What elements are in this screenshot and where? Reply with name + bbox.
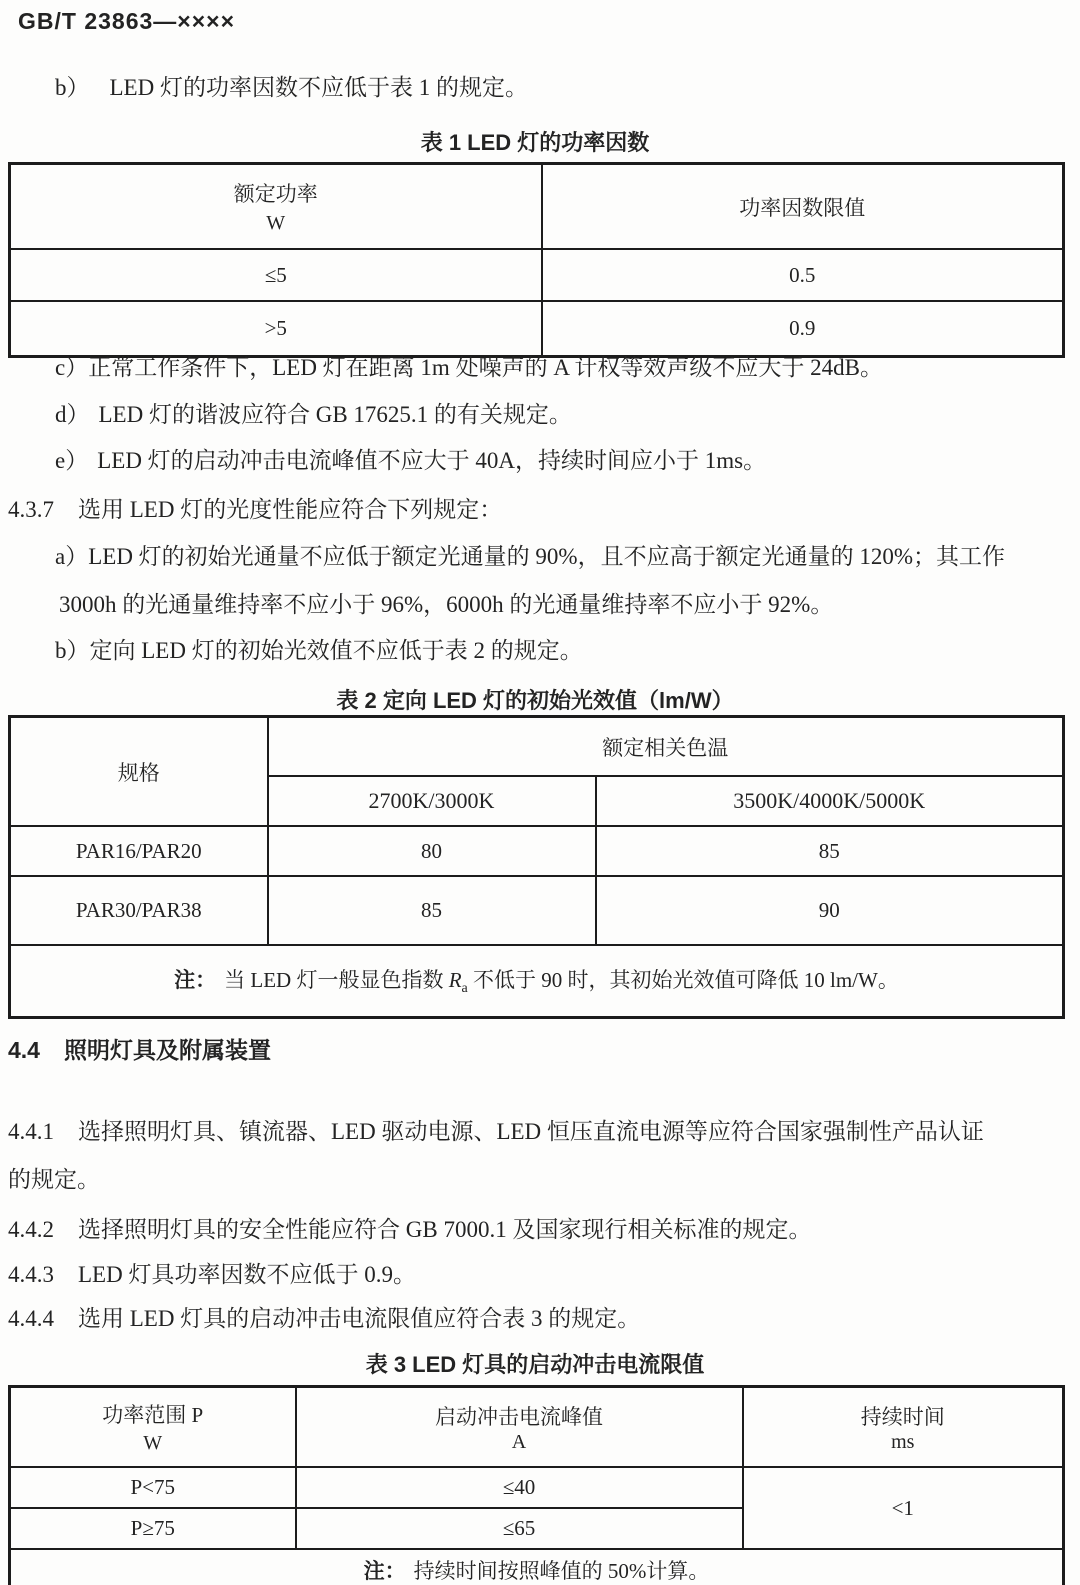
table-cell-header: 规格 xyxy=(10,717,268,827)
clause-4-4-1-line1: 4.4.1选择照明灯具、镇流器、LED 驱动电源、LED 恒压直流电源等应符合国… xyxy=(8,1118,984,1147)
cct-column-label: 3500K/4000K/5000K xyxy=(733,788,925,813)
item-text: LED 灯的功率因数不应低于表 1 的规定。 xyxy=(110,75,528,100)
table-cell: 85 xyxy=(268,876,596,945)
clause-text: 选用 LED 灯具的启动冲击电流限值应符合表 3 的规定。 xyxy=(78,1306,640,1331)
table-cell-header: 额定功率 W xyxy=(10,164,542,250)
document-page: GB/T 23863—×××× b）LED 灯的功率因数不应低于表 1 的规定。… xyxy=(0,0,1080,1585)
clause-4-3-7: 4.3.7选用 LED 灯的光度性能应符合下列规定： xyxy=(8,496,502,525)
cell-value: 0.5 xyxy=(789,263,815,287)
table-cell-header: 持续时间 ms xyxy=(743,1387,1064,1468)
cell-value: <1 xyxy=(892,1496,914,1520)
table-cell-header: 2700K/3000K xyxy=(268,776,596,826)
table-cell-header: 启动冲击电流峰值 A xyxy=(296,1387,743,1468)
clause-text: 的规定。 xyxy=(8,1167,100,1192)
note-text-part2: 不低于 90 时，其初始光效值可降低 10 lm/W。 xyxy=(468,968,899,992)
cell-value: 90 xyxy=(819,898,840,922)
table3-inrush-header: 启动冲击电流峰值 xyxy=(435,1401,603,1431)
item-text: LED 灯的初始光通量不应低于额定光通量的 90%，且不应高于额定光通量的 12… xyxy=(88,544,1005,569)
table-row: ≤5 0.5 xyxy=(10,249,1064,301)
section-4-4-heading: 4.4照明灯具及附属装置 xyxy=(8,1036,271,1065)
table-row: >5 0.9 xyxy=(10,301,1064,357)
clause-text: 选择照明灯具的安全性能应符合 GB 7000.1 及国家现行相关标准的规定。 xyxy=(78,1217,811,1242)
clause-4-3-7-a-line2: 3000h 的光通量维持率不应小于 96%，6000h 的光通量维持率不应小于 … xyxy=(59,591,833,620)
table-3-caption: 表 3 LED 灯具的启动冲击电流限值 xyxy=(8,1348,1062,1379)
table-cell-header: 额定相关色温 xyxy=(268,717,1064,777)
item-text: 正常工作条件下，LED 灯在距离 1m 处噪声的 A 计权等效声级不应大于 24… xyxy=(88,355,883,380)
item-label: b） xyxy=(55,74,90,103)
table-3: 功率范围 P W 启动冲击电流峰值 A 持续时间 ms P<75 ≤40 <1 xyxy=(8,1385,1065,1585)
table1-pf-header: 功率因数限值 xyxy=(739,196,865,220)
note-symbol-R: R xyxy=(449,968,462,992)
table-cell: 90 xyxy=(596,876,1064,945)
table-cell: ≤40 xyxy=(296,1467,743,1508)
cell-value: 85 xyxy=(421,898,442,922)
item-label: a） xyxy=(55,543,88,572)
table-cell: PAR30/PAR38 xyxy=(10,876,268,945)
table-cell: >5 xyxy=(10,301,542,357)
table-row: P<75 ≤40 <1 xyxy=(10,1467,1064,1508)
table-cell: ≤65 xyxy=(296,1508,743,1549)
cell-value: PAR30/PAR38 xyxy=(76,898,202,922)
table2-cct-header: 额定相关色温 xyxy=(602,736,728,760)
table-cell: PAR16/PAR20 xyxy=(10,826,268,876)
paragraph-item-c: c）正常工作条件下，LED 灯在距离 1m 处噪声的 A 计权等效声级不应大于 … xyxy=(55,354,883,383)
cell-value: ≤65 xyxy=(503,1516,536,1540)
table3-power-unit: W xyxy=(143,1432,162,1455)
table-cell-header: 功率因数限值 xyxy=(542,164,1064,250)
paragraph-item-d: d）LED 灯的谐波应符合 GB 17625.1 的有关规定。 xyxy=(55,401,572,430)
table-cell: 80 xyxy=(268,826,596,876)
cell-value: ≤5 xyxy=(265,263,287,287)
clause-4-4-1-line2: 的规定。 xyxy=(8,1166,100,1195)
item-label: c） xyxy=(55,354,88,383)
cell-value: PAR16/PAR20 xyxy=(76,839,202,863)
cell-value: 85 xyxy=(819,839,840,863)
table-2: 规格 额定相关色温 2700K/3000K 3500K/4000K/5000K … xyxy=(8,715,1065,1019)
clause-4-4-2: 4.4.2选择照明灯具的安全性能应符合 GB 7000.1 及国家现行相关标准的… xyxy=(8,1216,811,1245)
clause-4-4-3: 4.4.3LED 灯具功率因数不应低于 0.9。 xyxy=(8,1261,416,1290)
table-cell: 85 xyxy=(596,826,1064,876)
table-cell: P<75 xyxy=(10,1467,296,1508)
item-text: LED 灯的谐波应符合 GB 17625.1 的有关规定。 xyxy=(99,402,572,427)
cct-column-label: 2700K/3000K xyxy=(369,788,495,813)
paragraph-item-b: b）LED 灯的功率因数不应低于表 1 的规定。 xyxy=(55,74,528,103)
clause-4-3-7-b: b）定向 LED 灯的初始光效值不应低于表 2 的规定。 xyxy=(55,637,583,666)
table-2-note: 注：当 LED 灯一般显色指数 Ra 不低于 90 时，其初始光效值可降低 10… xyxy=(10,945,1064,1018)
table-cell-header: 3500K/4000K/5000K xyxy=(596,776,1064,826)
table1-power-header: 额定功率 xyxy=(234,178,318,208)
clause-4-4-4: 4.4.4选用 LED 灯具的启动冲击电流限值应符合表 3 的规定。 xyxy=(8,1305,640,1334)
item-label: e） xyxy=(55,447,88,476)
clause-text: 选择照明灯具、镇流器、LED 驱动电源、LED 恒压直流电源等应符合国家强制性产… xyxy=(78,1119,984,1144)
table3-inrush-unit: A xyxy=(512,1431,526,1454)
table-1: 额定功率 W 功率因数限值 ≤5 0.5 >5 0.9 xyxy=(8,162,1065,358)
clause-number: 4.3.7 xyxy=(8,496,54,525)
table-row: PAR30/PAR38 85 90 xyxy=(10,876,1064,945)
section-title: 照明灯具及附属装置 xyxy=(64,1037,271,1063)
cell-value: >5 xyxy=(265,316,287,340)
table-2-caption: 表 2 定向 LED 灯的初始光效值（lm/W） xyxy=(8,684,1062,715)
section-number: 4.4 xyxy=(8,1036,40,1065)
clause-4-3-7-a-line1: a）LED 灯的初始光通量不应低于额定光通量的 90%，且不应高于额定光通量的 … xyxy=(55,543,1005,572)
table-row: PAR16/PAR20 80 85 xyxy=(10,826,1064,876)
note-text: 持续时间按照峰值的 50%计算。 xyxy=(414,1559,710,1583)
cell-value: 0.9 xyxy=(789,316,815,340)
table-cell: P≥75 xyxy=(10,1508,296,1549)
clause-number: 4.4.1 xyxy=(8,1118,54,1147)
table-note-row: 注：当 LED 灯一般显色指数 Ra 不低于 90 时，其初始光效值可降低 10… xyxy=(10,945,1064,1018)
clause-text: 选用 LED 灯的光度性能应符合下列规定： xyxy=(78,497,502,522)
clause-text: LED 灯具功率因数不应低于 0.9。 xyxy=(78,1262,416,1287)
cell-value: P<75 xyxy=(130,1475,175,1499)
paragraph-item-e: e）LED 灯的启动冲击电流峰值不应大于 40A，持续时间应小于 1ms。 xyxy=(55,447,766,476)
cell-value: ≤40 xyxy=(503,1475,536,1499)
item-label: d） xyxy=(55,401,90,430)
item-text: 定向 LED 灯的初始光效值不应低于表 2 的规定。 xyxy=(90,638,583,663)
item-label: b） xyxy=(55,637,90,666)
table3-power-header: 功率范围 P xyxy=(102,1399,203,1429)
table-cell: ≤5 xyxy=(10,249,542,301)
table3-duration-header: 持续时间 xyxy=(861,1401,945,1431)
item-text: LED 灯的启动冲击电流峰值不应大于 40A，持续时间应小于 1ms。 xyxy=(97,448,766,473)
table3-duration-unit: ms xyxy=(891,1431,914,1454)
clause-number: 4.4.3 xyxy=(8,1261,54,1290)
note-label: 注： xyxy=(174,969,216,992)
doc-number: GB/T 23863—×××× xyxy=(18,8,235,35)
table-note-row: 注：持续时间按照峰值的 50%计算。 xyxy=(10,1549,1064,1585)
table-cell: 0.9 xyxy=(542,301,1064,357)
clause-number: 4.4.2 xyxy=(8,1216,54,1245)
note-label: 注： xyxy=(364,1560,406,1583)
table-cell-header: 功率范围 P W xyxy=(10,1387,296,1468)
note-text-part1: 当 LED 灯一般显色指数 xyxy=(224,968,449,992)
table2-spec-header: 规格 xyxy=(118,761,160,785)
table-cell: <1 xyxy=(743,1467,1064,1549)
table-1-caption: 表 1 LED 灯的功率因数 xyxy=(8,126,1062,157)
clause-number: 4.4.4 xyxy=(8,1305,54,1334)
table-cell: 0.5 xyxy=(542,249,1064,301)
cell-value: P≥75 xyxy=(131,1516,175,1540)
table-3-note: 注：持续时间按照峰值的 50%计算。 xyxy=(10,1549,1064,1585)
item-text: 3000h 的光通量维持率不应小于 96%，6000h 的光通量维持率不应小于 … xyxy=(59,592,833,617)
table1-power-unit: W xyxy=(266,212,285,235)
cell-value: 80 xyxy=(421,839,442,863)
